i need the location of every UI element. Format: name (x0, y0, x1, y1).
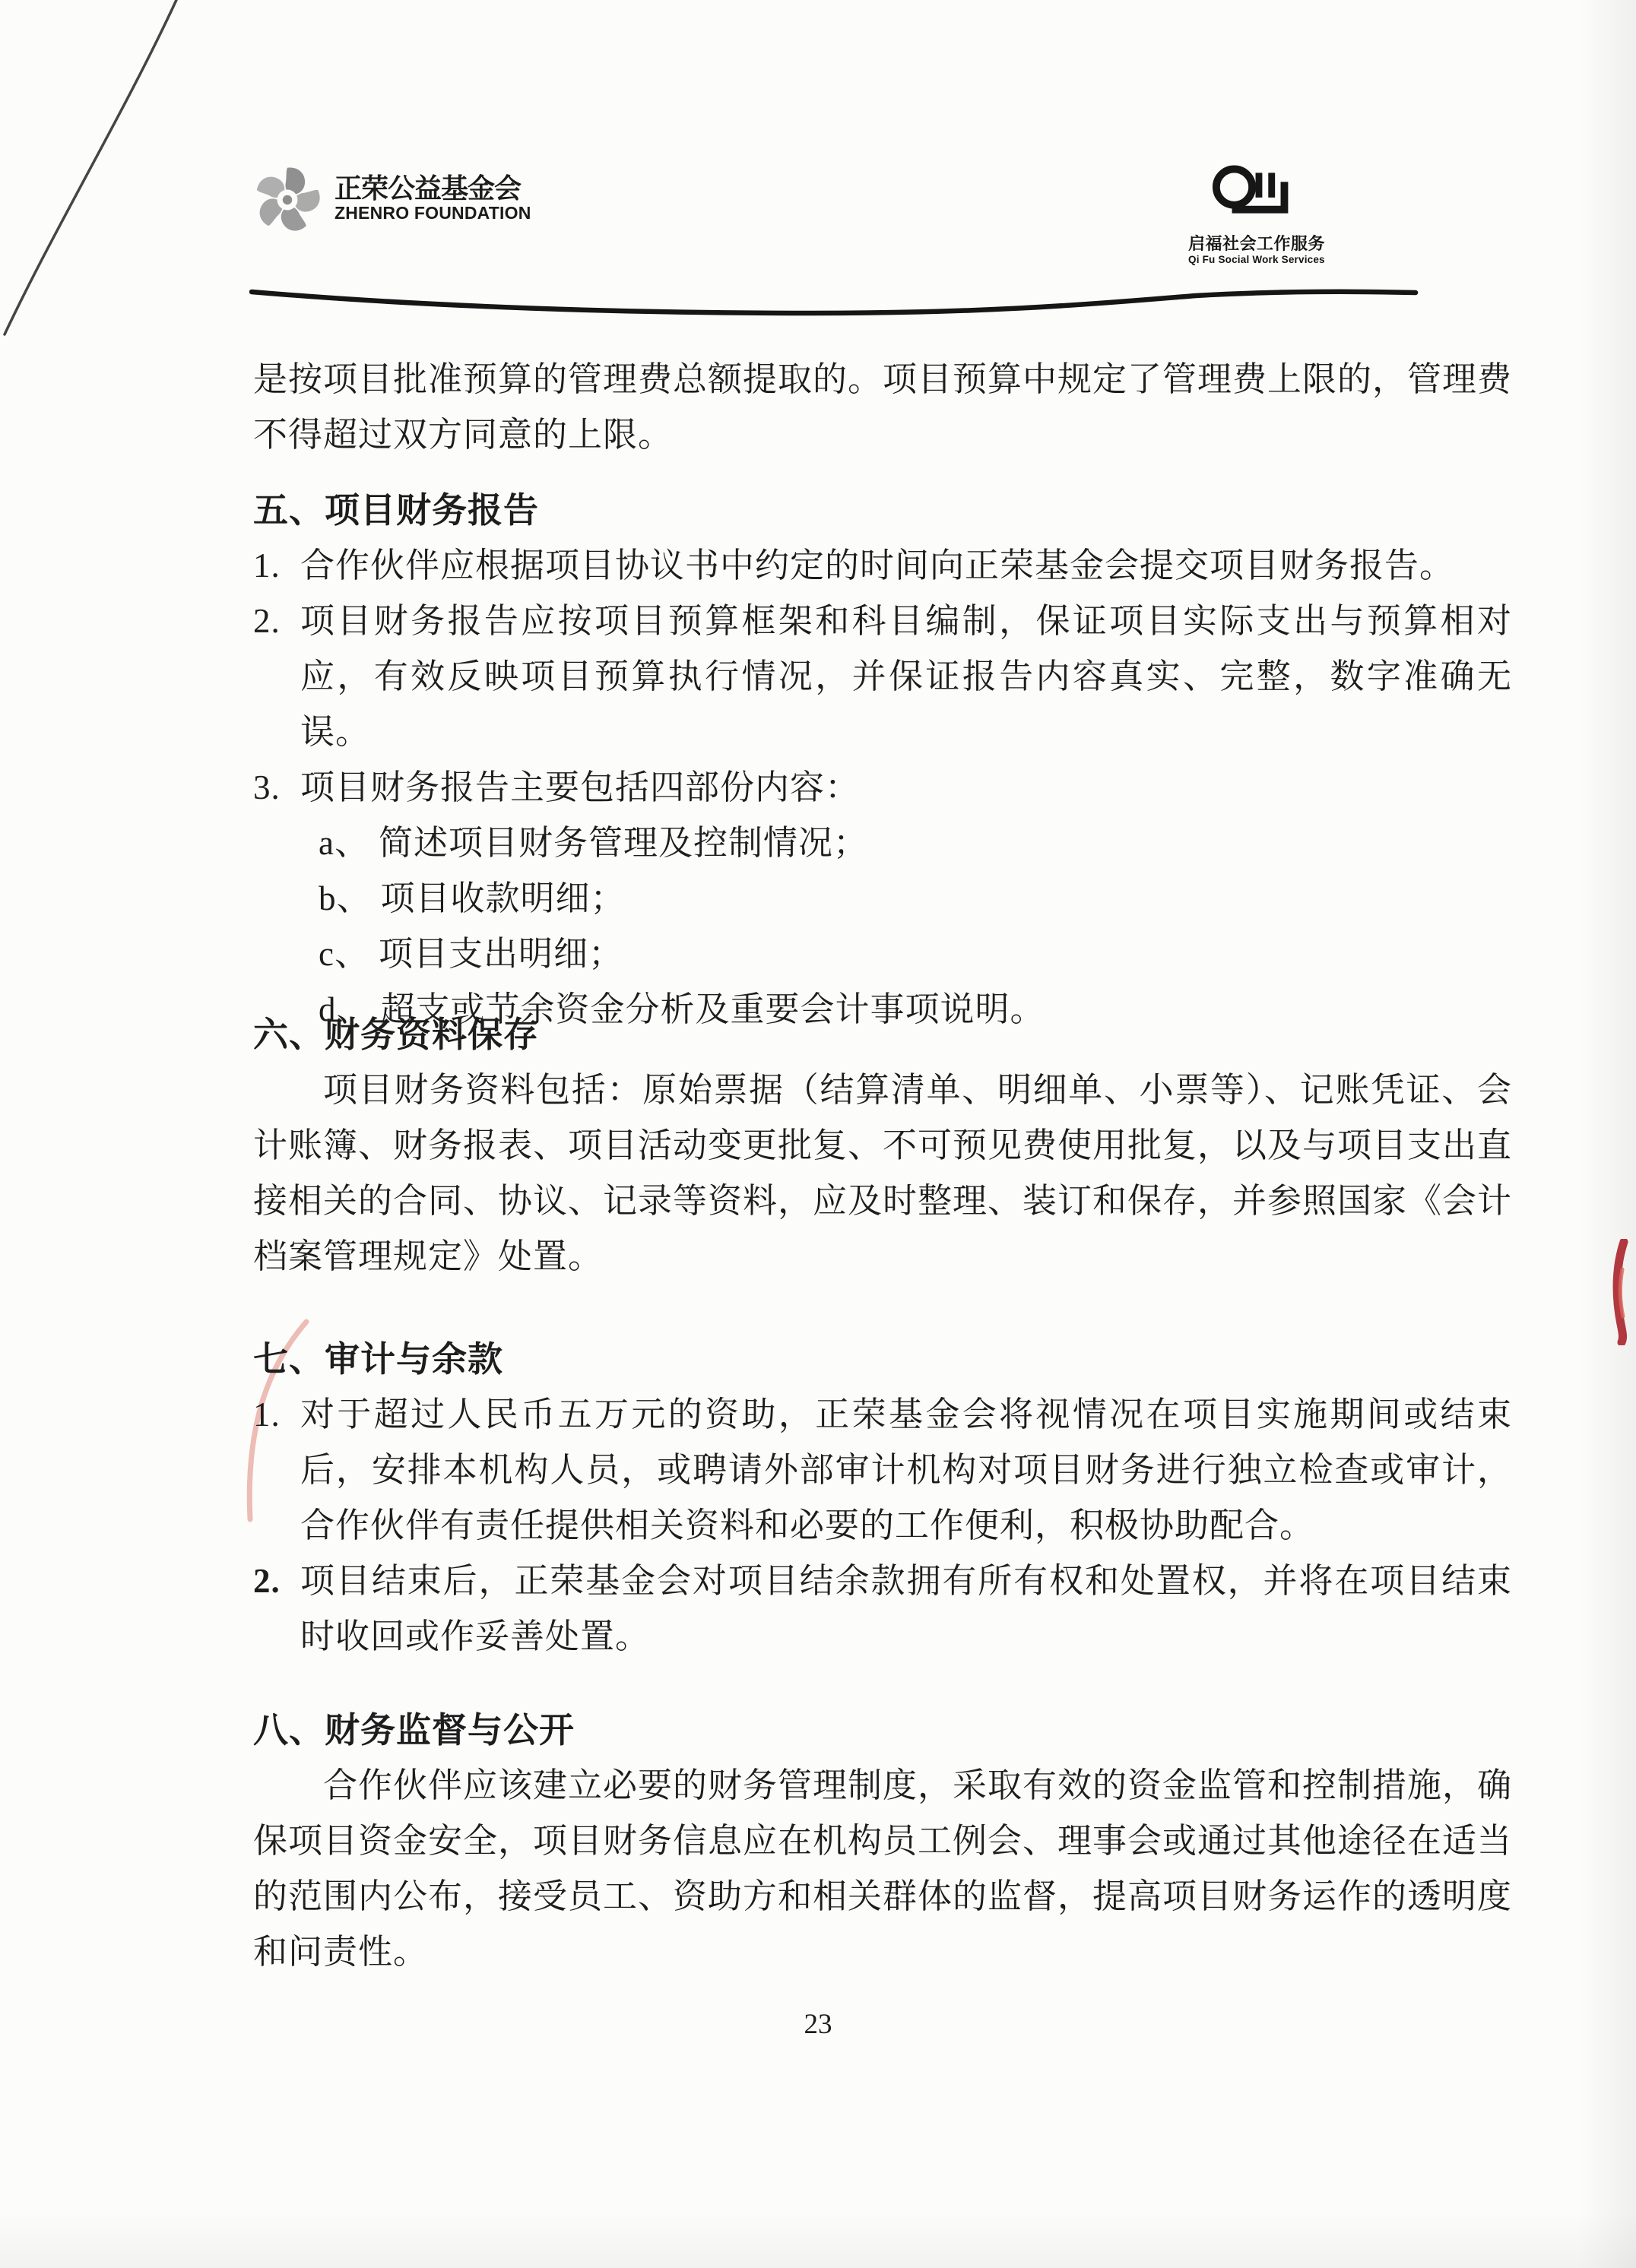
sub-item-text: 项目支出明细； (379, 935, 623, 973)
sub-item-text: 项目收款明细； (381, 879, 626, 917)
section-7-heading: 七、审计与余款 (253, 1332, 1512, 1387)
scan-crease-line (0, 0, 190, 342)
item-number: 1. (253, 538, 281, 594)
page-number: 23 (0, 2008, 1636, 2041)
item-text: 对于超过人民币五万元的资助，正荣基金会将视情况在项目实施期间或结束后，安排本机构… (300, 1395, 1512, 1544)
list-item: 2. 项目财务报告应按项目预算框架和科目编制，保证项目实际支出与预算相对应，有效… (253, 594, 1512, 760)
list-item: 2. 项目结束后，正荣基金会对项目结余款拥有所有权和处置权，并将在项目结束时收回… (253, 1554, 1512, 1665)
sub-list-item: a、简述项目财务管理及控制情况； (319, 816, 1512, 871)
section-8-financial-supervision-disclosure: 八、财务监督与公开 合作伙伴应该建立必要的财务管理制度，采取有效的资金监管和控制… (253, 1703, 1512, 1980)
sub-list-item: c、项目支出明细； (319, 927, 1512, 982)
section-8-paragraph: 合作伙伴应该建立必要的财务管理制度，采取有效的资金监管和控制措施，确保项目资金安… (253, 1758, 1512, 1980)
intro-continued-paragraph: 是按项目批准预算的管理费总额提取的。项目预算中规定了管理费上限的，管理费不得超过… (253, 352, 1512, 463)
item-number: 3. (253, 760, 281, 816)
zhenro-flower-icon (251, 156, 324, 244)
item-number: 2. (253, 594, 281, 649)
sub-item-text: 简述项目财务管理及控制情况； (379, 824, 868, 862)
section-5-heading: 五、项目财务报告 (253, 483, 1512, 538)
sub-item-letter: b、 (319, 879, 372, 917)
section-6-financial-records-retention: 六、财务资料保存 项目财务资料包括：原始票据（结算清单、明细单、小票等）、记账凭… (253, 1007, 1512, 1284)
section-7-audit-and-balance: 七、审计与余款 1. 对于超过人民币五万元的资助，正荣基金会将视情况在项目实施期… (253, 1332, 1512, 1665)
header-divider-rule (249, 283, 1420, 319)
section-6-paragraph: 项目财务资料包括：原始票据（结算清单、明细单、小票等）、记账凭证、会计账簿、财务… (253, 1063, 1512, 1284)
item-text: 项目结束后，正荣基金会对项目结余款拥有所有权和处置权，并将在项目结束时收回或作妥… (300, 1562, 1512, 1655)
item-text: 项目财务报告主要包括四部份内容： (300, 768, 860, 806)
qifu-name-en: Qi Fu Social Work Services (1188, 254, 1333, 266)
list-item: 1. 对于超过人民币五万元的资助，正荣基金会将视情况在项目实施期间或结束后，安排… (253, 1387, 1512, 1554)
qifu-services-logo: 启福社会工作服务 Qi Fu Social Work Services (1188, 161, 1333, 266)
list-item: 1. 合作伙伴应根据项目协议书中约定的时间向正荣基金会提交项目财务报告。 (253, 538, 1512, 594)
item-number: 2. (253, 1554, 281, 1609)
list-item: 3. 项目财务报告主要包括四部份内容： (253, 760, 1512, 816)
section-8-heading: 八、财务监督与公开 (253, 1703, 1512, 1758)
sub-list-item: b、项目收款明细； (319, 871, 1512, 927)
red-ink-mark (1606, 1239, 1636, 1345)
section-7-list: 1. 对于超过人民币五万元的资助，正荣基金会将视情况在项目实施期间或结束后，安排… (253, 1387, 1512, 1665)
section-5-list: 1. 合作伙伴应根据项目协议书中约定的时间向正荣基金会提交项目财务报告。 2. … (253, 538, 1512, 816)
qifu-name-cn: 启福社会工作服务 (1188, 234, 1333, 254)
item-text: 合作伙伴应根据项目协议书中约定的时间向正荣基金会提交项目财务报告。 (300, 546, 1454, 584)
item-text: 项目财务报告应按项目预算框架和科目编制，保证项目实际支出与预算相对应，有效反映项… (300, 602, 1512, 751)
section-5-project-financial-report: 五、项目财务报告 1. 合作伙伴应根据项目协议书中约定的时间向正荣基金会提交项目… (253, 483, 1512, 1037)
zhenro-name-cn: 正荣公益基金会 (334, 174, 531, 203)
item-number: 1. (253, 1387, 281, 1443)
sub-item-letter: c、 (319, 935, 369, 973)
qifu-q-mark-icon (1210, 161, 1307, 223)
scanned-document-page: 正荣公益基金会 ZHENRO FOUNDATION 启福社会工作服务 Qi Fu… (0, 0, 1636, 2268)
zhenro-foundation-logo: 正荣公益基金会 ZHENRO FOUNDATION (251, 156, 531, 244)
section-6-heading: 六、财务资料保存 (253, 1007, 1512, 1063)
section-5-sublist: a、简述项目财务管理及控制情况； b、项目收款明细； c、项目支出明细； d、超… (253, 816, 1512, 1037)
sub-item-letter: a、 (319, 824, 369, 862)
zhenro-name-en: ZHENRO FOUNDATION (334, 203, 531, 223)
